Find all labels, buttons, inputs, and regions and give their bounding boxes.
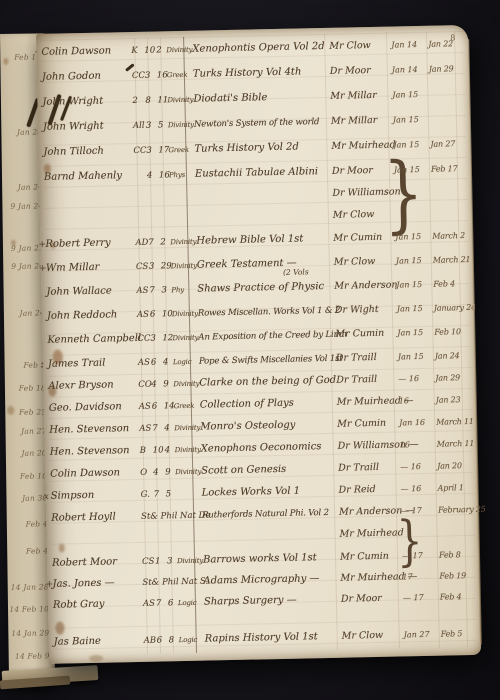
borrower-name: Wm Millar	[46, 257, 100, 280]
date-returned: Feb 10	[434, 321, 461, 344]
class-code: CC	[133, 140, 146, 162]
margin-marker: :	[41, 354, 45, 376]
subject-label: Divinity	[174, 417, 200, 440]
professor-name: Dr Moor	[330, 60, 371, 83]
date-returned: March 11	[436, 411, 474, 434]
borrower-name: Robert Perry	[45, 232, 111, 255]
professor-name: Mr Clow	[334, 251, 376, 274]
subject-label: Phys	[169, 164, 185, 186]
borrower-name: Colin Dawson	[41, 40, 111, 63]
date-borrowed: Jan 15	[398, 346, 424, 369]
shelf-number: 7	[156, 593, 162, 615]
professor-name: Mr Cumin	[335, 323, 384, 346]
borrower-name: Hen. Stevenson	[50, 440, 130, 464]
date-returned: Feb 19	[439, 565, 466, 588]
ruling-container	[36, 25, 468, 34]
class-code: CS	[136, 256, 149, 278]
book-number: 8	[168, 629, 174, 651]
borrower-name: John Wright	[43, 116, 104, 139]
professor-name: Dr Moor	[332, 160, 373, 183]
date-returned: Jan 24	[435, 345, 460, 368]
book-title: Shaws Practice of Physic(2 Vols	[197, 276, 324, 301]
book-number: 2	[160, 231, 166, 253]
previous-page-date-fragment: Feb 4	[26, 519, 48, 528]
date-borrowed: 16	[399, 390, 410, 412]
entries-group-2: +Robert PerryAD72DivinityHebrew Bible Vo…	[40, 225, 474, 354]
date-returned: Jan 29	[429, 58, 454, 81]
previous-page-date-fragment: 14 Jan 29	[11, 628, 49, 638]
date-borrowed: — 17	[401, 500, 422, 522]
date-borrowed: Jan 15	[397, 322, 423, 345]
date-borrowed: Jan 15	[392, 84, 418, 107]
subject-label: Phy	[171, 279, 184, 301]
foxing-stain	[7, 406, 14, 415]
professor-name: Mr Clow	[329, 35, 371, 58]
book-title: Diodati's Bible	[193, 87, 267, 111]
professor-name: Mr Cumin	[333, 227, 382, 250]
borrower-name: John Godon	[42, 66, 101, 89]
borrower-name: Colin Dawson	[50, 462, 120, 485]
subject-label: Greek	[167, 64, 188, 86]
book-number: 4	[165, 439, 171, 461]
previous-page-date-fragment: Feb 10	[20, 471, 47, 480]
book-title: Turks History Vol 2d	[194, 137, 299, 161]
date-borrowed: 17	[402, 566, 413, 588]
shelf-number: 8	[145, 90, 151, 112]
shelf-number: 4	[153, 462, 159, 484]
subject-label: Divinity	[166, 39, 192, 62]
previous-page-date-fragment: 9 Jan 24	[10, 201, 43, 210]
subject-label: Logic	[173, 351, 192, 373]
date-returned: Jan 23	[436, 389, 461, 412]
borrower-name: Kenneth Campbell	[47, 328, 141, 352]
professor-name: Mr Millar	[330, 85, 377, 108]
class-code: G.	[140, 484, 150, 506]
register-entry: Barnd Mahenly416PhysEustachii Tabulae Al…	[39, 158, 472, 236]
subject-label: Divinity	[175, 461, 201, 484]
date-borrowed: — 16	[398, 368, 419, 390]
subject-label: Greek	[174, 395, 195, 417]
date-borrowed: — 17	[403, 587, 424, 609]
borrower-name: John Reddoch	[47, 304, 118, 327]
shelf-number: 3	[145, 65, 151, 87]
date-returned: March 21	[433, 249, 471, 272]
book-title: Eustachii Tabulae Albini	[195, 161, 319, 186]
date-returned: Feb 5	[440, 623, 462, 645]
foxing-stain	[3, 58, 8, 65]
book-title: Xenophontis Opera Vol 2d	[192, 36, 325, 61]
borrower-name: John Wright	[42, 91, 103, 114]
borrower-name: Barnd Mahenly	[44, 165, 122, 189]
professor-name: Dr Moor	[341, 588, 382, 611]
class-code: CO	[138, 374, 152, 396]
professor-name: Dr Reid	[338, 479, 376, 502]
date-borrowed: Jan 27	[403, 624, 429, 647]
book-title: Lockes Works Vol 1	[201, 481, 300, 505]
margin-marker: x	[43, 486, 49, 508]
class-code: AS	[136, 280, 148, 302]
class-code: AS	[138, 352, 150, 374]
shelf-number: 3	[146, 140, 152, 162]
book-number: 4	[163, 351, 169, 373]
borrower-name: Jas Baine	[54, 631, 102, 654]
class-code: AD	[135, 232, 148, 254]
class-code: B	[140, 440, 147, 462]
date-borrowed: Jan 14	[392, 59, 418, 82]
photo-background: Feb 14Jan 28Jan 249 Jan 249 Jan 219 Jan …	[0, 0, 500, 700]
shelf-number: 7	[152, 418, 158, 440]
shelf-number: 7	[149, 280, 155, 302]
shelf-number: 6	[150, 304, 156, 326]
book-title: Collection of Plays	[200, 393, 294, 417]
shelf-number: 7	[148, 232, 154, 254]
subject-label: Logic	[178, 592, 197, 614]
date-returned: Jan 29	[435, 367, 460, 390]
book-number: 5	[158, 114, 164, 136]
subject-label: Logic	[178, 629, 197, 651]
previous-page-date-fragment: Feb 25	[19, 407, 46, 416]
date-returned: April 1	[437, 477, 464, 500]
professor-name: Mr Millar	[331, 110, 378, 133]
previous-page-date-fragment: 14 Feb 9	[15, 651, 50, 660]
date-borrowed: Jan 15	[397, 298, 423, 321]
book-title: Scott on Genesis	[201, 459, 287, 483]
date-borrowed: Jan 16	[399, 412, 425, 435]
book-title: Rutherfords Natural Phi. Vol 2	[202, 502, 329, 527]
previous-page-date-fragment: Feb 18	[19, 383, 46, 392]
subject-label: Divinity	[177, 550, 203, 573]
previous-page-date-fragment: Jan 27	[21, 426, 47, 435]
book-title: Hebrew Bible Vol 1st	[196, 228, 303, 252]
borrower-name: Alexr Bryson	[48, 374, 114, 397]
subject-label: Greek	[168, 139, 189, 161]
date-borrowed: Jan 15	[396, 250, 422, 273]
book-number: 9	[165, 461, 171, 483]
book-title: Newton's System of the world	[194, 111, 320, 136]
borrower-name: Robt Gray	[53, 594, 105, 617]
subject-label: Divinity	[170, 231, 196, 254]
shelf-number: 6	[156, 629, 162, 651]
foxing-stain	[89, 655, 103, 662]
date-returned: Jan 20	[437, 455, 462, 478]
previous-page-date-fragment: Feb 4	[26, 546, 48, 555]
date-returned: Jan 27	[430, 133, 455, 156]
entries-group-1: ·Colin DawsonK102DivinityXenophontis Ope…	[36, 33, 472, 236]
class-code: 2	[132, 90, 138, 112]
class-code: CC	[137, 328, 150, 350]
previous-page-date-fragment: 14 Jan 28	[11, 582, 49, 592]
date-borrowed: — 17	[402, 545, 423, 567]
class-code: AS	[143, 593, 155, 615]
class-code: K	[131, 40, 138, 62]
shelf-number: 6	[151, 352, 157, 374]
class-code: AB	[144, 630, 157, 652]
date-returned: Feb 4	[433, 273, 455, 295]
date-borrowed: Jan 15	[396, 274, 422, 297]
subject-label: Divinity	[175, 439, 201, 462]
class-code: AS	[139, 418, 151, 440]
date-returned: February 25	[438, 499, 486, 522]
professor-name: Dr Traill	[336, 347, 377, 370]
subject-label: Divinity	[172, 303, 198, 326]
professor-name: Dr Wight	[335, 299, 379, 322]
register-entry: Robert HoyllSt& Phil Nat DeRutherfords N…	[46, 499, 479, 552]
date-returned: January 24	[434, 297, 477, 320]
date-borrowed: Jan 15	[393, 109, 419, 132]
previous-page-date-fragment: Jan 20	[21, 448, 47, 457]
class-code: St& Phil Nat De	[141, 504, 211, 527]
book-number: 5	[165, 483, 171, 505]
book-title: Rowes Miscellan. Works Vol 1 & 2	[198, 300, 341, 325]
class-code: St& Phil Nat S.	[142, 571, 208, 594]
shelf-number: 3	[149, 256, 155, 278]
book-title: Pope & Swifts Miscellanies Vol 1st	[199, 348, 343, 373]
borrower-name: Robert Moor	[52, 551, 117, 574]
subject-label: Divinity	[168, 114, 194, 137]
shelf-number: 3	[146, 115, 152, 137]
book-title: Sharps Surgery —	[204, 590, 297, 614]
subject-label: Divinity	[167, 89, 193, 112]
borrower-name: Jas. Jones —	[52, 572, 115, 595]
subject-label: Divinity	[173, 373, 199, 396]
book-number: 4	[164, 417, 170, 439]
borrower-name: John Tilloch	[43, 141, 104, 164]
entries-group-3: :James TrailAS64LogicPope & Swifts Misce…	[43, 345, 479, 552]
class-code: AS	[137, 304, 149, 326]
professor-name: Mr Clow	[341, 625, 383, 648]
date-returned: March 2	[432, 225, 465, 248]
professor-name: Mr Cumin	[337, 413, 386, 436]
book-title: Greek Testament —	[197, 253, 297, 277]
class-code: All	[133, 115, 145, 137]
shelf-number: 3	[150, 328, 156, 350]
date-returned: Jan 22	[428, 33, 453, 56]
book-title: Rapins History Vol 1st	[204, 626, 317, 650]
borrower-name: Geo. Davidson	[49, 396, 122, 420]
class-code: CC	[132, 65, 145, 87]
shelf-number: 10	[144, 40, 155, 62]
class-code: AS	[139, 396, 151, 418]
professor-name: Mr Cumin	[340, 546, 389, 569]
borrower-name: John Wallace	[46, 280, 112, 303]
book-number: 6	[168, 592, 174, 614]
borrower-name: Hen. Stevenson	[49, 418, 129, 442]
date-returned: Feb 17	[431, 158, 458, 181]
class-code: O	[140, 462, 147, 484]
date-borrowed: Jan 15	[395, 226, 421, 249]
book-title: Monro's Osteology	[200, 415, 296, 439]
book-number: 9	[163, 373, 169, 395]
borrower-name: Robert Hoyll	[51, 506, 116, 529]
date-borrowed: 16	[399, 434, 410, 456]
professor-name: Mr Anderson	[334, 274, 398, 297]
shelf-number: 4	[147, 165, 153, 187]
margin-marker: ·	[34, 42, 37, 64]
previous-page-date-fragment: 14 Feb 10	[9, 604, 49, 614]
volume-note: (2 Vols	[283, 267, 309, 277]
shelf-number: 7	[153, 484, 159, 506]
book-number: 3	[161, 279, 167, 301]
borrower-name: Simpson	[50, 485, 94, 508]
professor-name: Dr Traill	[336, 369, 377, 392]
date-borrowed: Jan 15	[394, 159, 420, 182]
date-borrowed: — 16	[400, 456, 421, 478]
date-borrowed: — 16	[400, 478, 421, 500]
book-title: Turks History Vol 4th	[193, 61, 302, 85]
book-title: An Exposition of the Creed by Limn	[198, 324, 347, 349]
book-number: 3	[167, 550, 173, 572]
book-title: Xenophons Oeconomics	[201, 436, 322, 461]
book-number: 2	[156, 39, 162, 61]
professor-name: Dr Traill	[338, 457, 379, 480]
subject-label: Divinity	[172, 327, 198, 350]
borrower-name: James Trail	[48, 353, 106, 376]
date-returned: March 11	[436, 433, 474, 456]
shelf-number: 6	[152, 396, 158, 418]
subject-label: Divinity	[171, 255, 197, 278]
shelf-number: 1	[155, 551, 161, 573]
date-borrowed: Jan 14	[391, 34, 417, 57]
register-page: 8 ·Colin DawsonK102DivinityXenophontis O…	[36, 25, 481, 664]
shelf-number: 10	[153, 439, 164, 461]
professor-name: Mr Muirhead	[339, 522, 404, 545]
date-returned: Feb 8	[439, 544, 461, 566]
class-code: CS	[142, 551, 155, 573]
entries-group-4: Robert MoorCS13DivinityBarrows works Vol…	[47, 544, 480, 616]
professor-name: Mr Clow	[333, 204, 375, 227]
date-returned: Feb 4	[440, 586, 462, 608]
book-title: Clarke on the being of God	[199, 370, 336, 395]
shelf-number: 4	[151, 374, 157, 396]
